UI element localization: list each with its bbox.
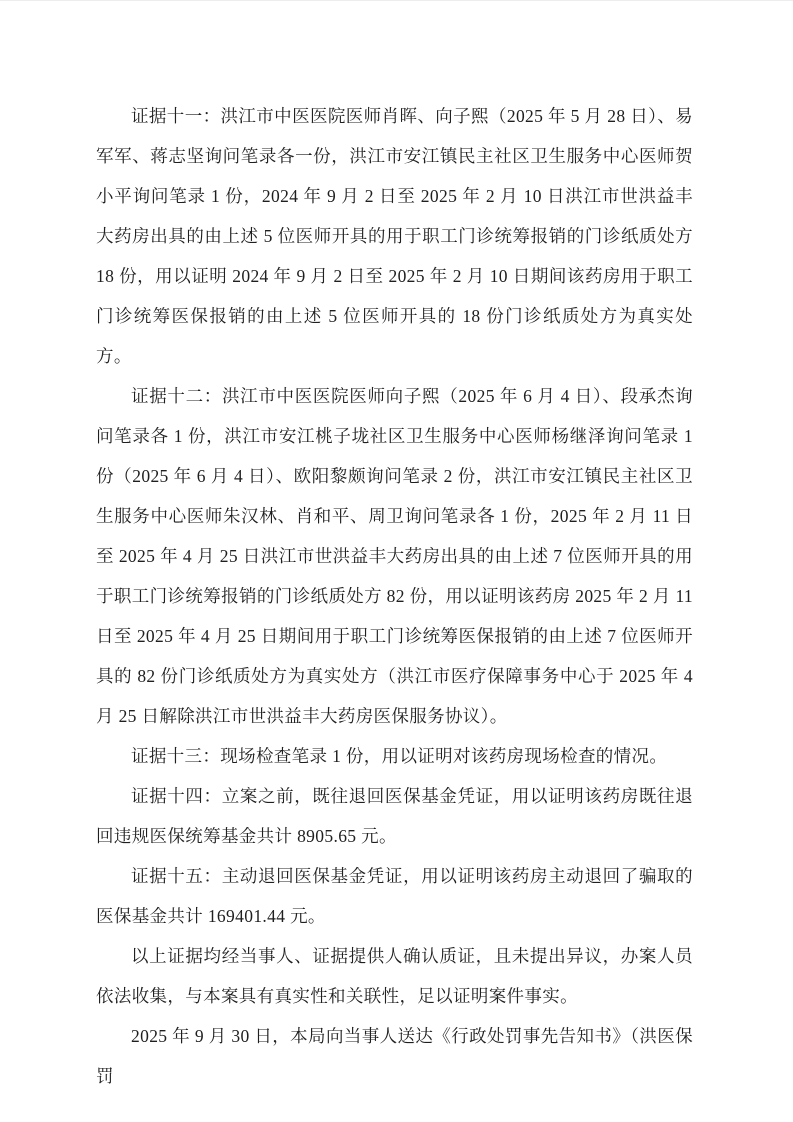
- paragraph-evidence-12: 证据十二：洪江市中医医院医师向子熙（2025 年 6 月 4 日）、段承杰询问笔…: [96, 376, 693, 736]
- paragraph-evidence-13: 证据十三：现场检查笔录 1 份，用以证明对该药房现场检查的情况。: [96, 736, 693, 776]
- paragraph-evidence-14: 证据十四：立案之前，既往退回医保基金凭证，用以证明该药房既往退回违规医保统筹基金…: [96, 776, 693, 856]
- paragraph-penalty-notice-delivery: 2025 年 9 月 30 日，本局向当事人送达《行政处罚事先告知书》（洪医保罚: [96, 1016, 693, 1096]
- paragraph-evidence-confirmation: 以上证据均经当事人、证据提供人确认质证，且未提出异议，办案人员依法收集，与本案具…: [96, 936, 693, 1016]
- paragraph-evidence-11: 证据十一：洪江市中医医院医师肖晖、向子熙（2025 年 5 月 28 日）、易军…: [96, 96, 693, 376]
- paragraph-evidence-15: 证据十五：主动退回医保基金凭证，用以证明该药房主动退回了骗取的医保基金共计 16…: [96, 856, 693, 936]
- document-page: 证据十一：洪江市中医医院医师肖晖、向子熙（2025 年 5 月 28 日）、易军…: [0, 0, 793, 1122]
- document-body: 证据十一：洪江市中医医院医师肖晖、向子熙（2025 年 5 月 28 日）、易军…: [96, 96, 693, 1096]
